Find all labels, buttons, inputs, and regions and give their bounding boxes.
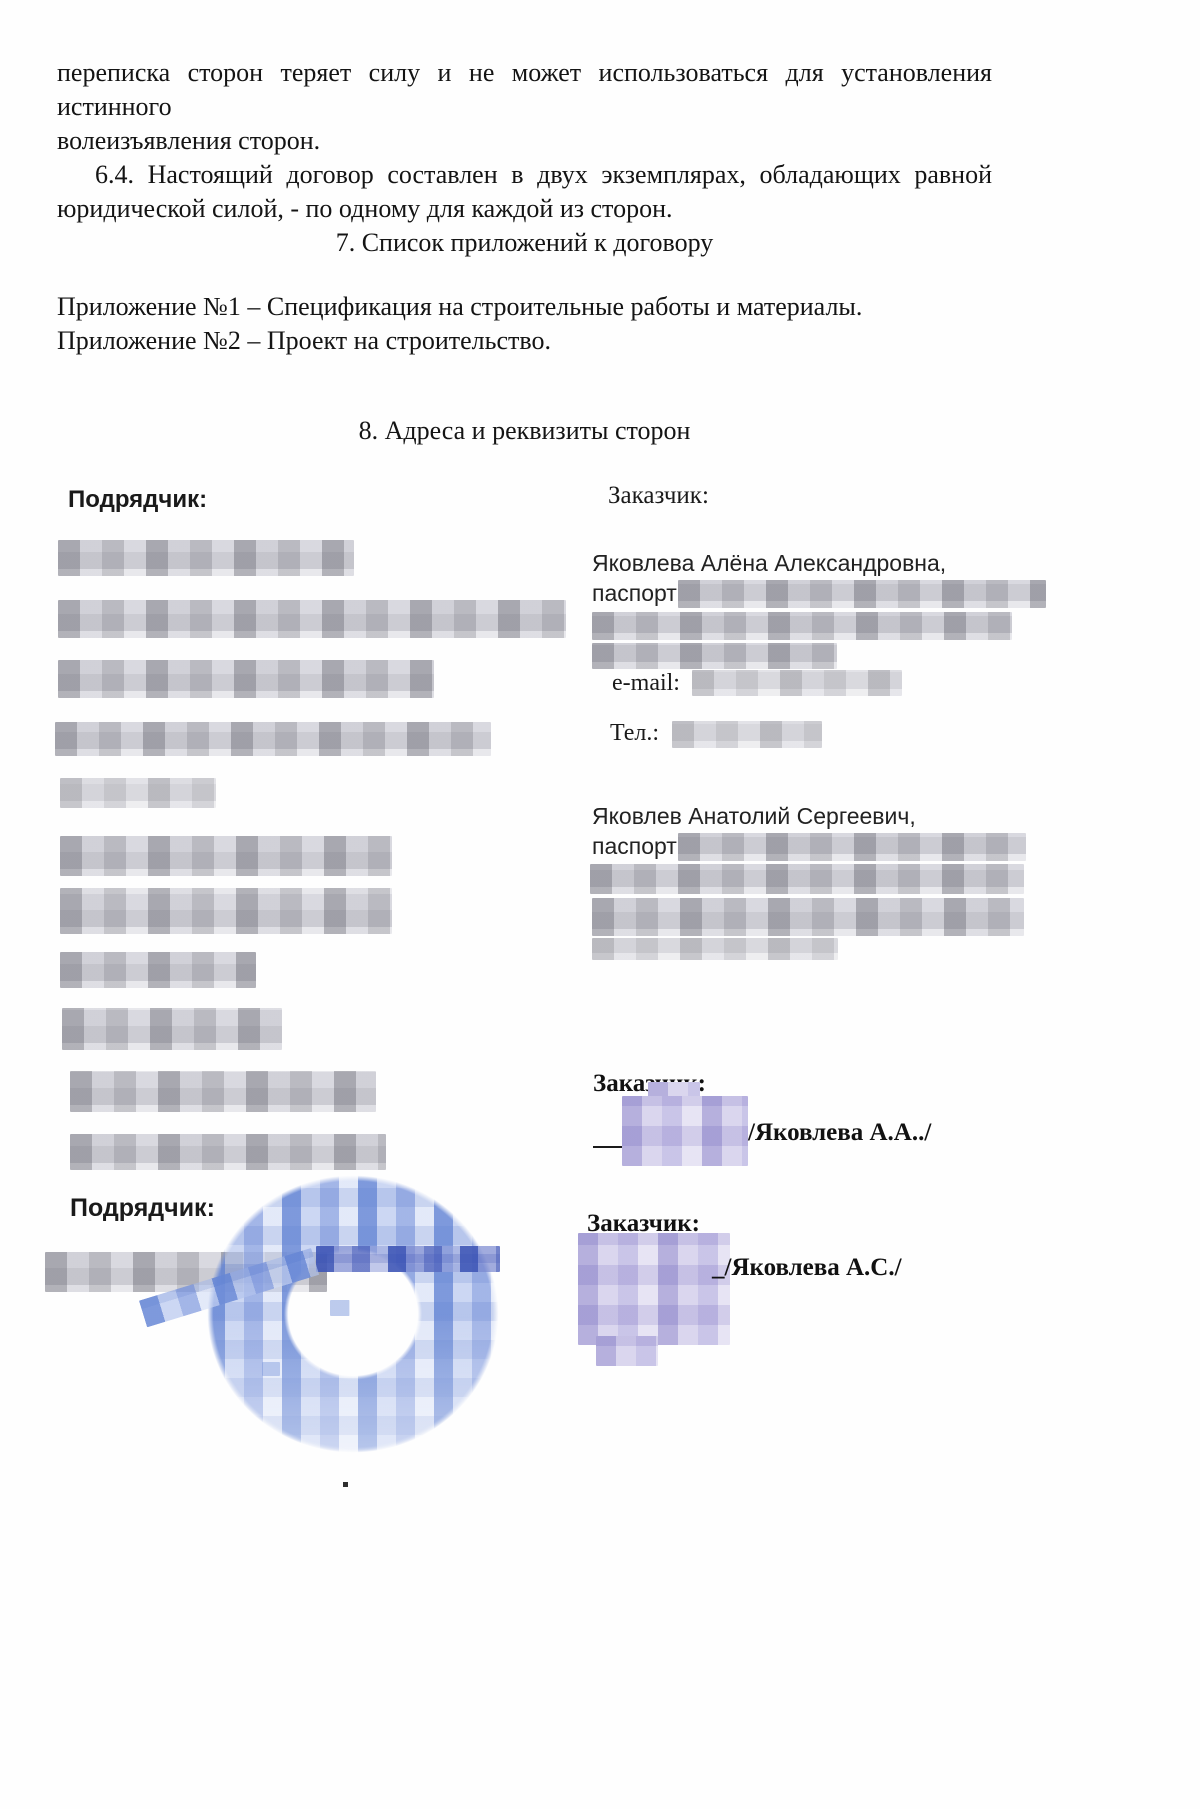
redacted-contractor-line (55, 722, 491, 756)
redacted-signature-2 (578, 1233, 730, 1345)
email-label: e-mail: (612, 670, 680, 697)
redacted-contractor-line (70, 1134, 386, 1170)
redacted-phone (672, 721, 822, 748)
redacted-signature-2 (596, 1336, 658, 1366)
customer2-name: Яковлев Анатолий Сергеевич, (592, 803, 916, 830)
document-page: переписка сторон теряет силу и не может … (0, 0, 1200, 1809)
redacted-email (692, 670, 902, 696)
redacted-contractor-line (58, 600, 566, 638)
redacted-contractor-line (60, 836, 392, 876)
contractor-signature-heading: Подрядчик: (70, 1194, 215, 1223)
customer2-passport-label: паспорт (592, 833, 677, 860)
body-line: юридической силой, - по одному для каждо… (57, 192, 992, 226)
appendix-item: Приложение №1 – Спецификация на строител… (57, 290, 992, 324)
body-line: волеизъявления сторон. (57, 124, 992, 158)
redacted-passport-1 (678, 580, 1046, 608)
appendix-list: Приложение №1 – Спецификация на строител… (57, 290, 992, 358)
customer-signature1-name: /Яковлева А.А../ (748, 1119, 931, 1147)
customer-signature2-name: _/Яковлева А.С./ (712, 1254, 902, 1282)
stamp-signature-stroke (316, 1246, 500, 1272)
customer1-passport-label: паспорт (592, 580, 677, 607)
stamp-inner-pixel (330, 1300, 350, 1316)
redacted-contractor-line (70, 1071, 376, 1112)
stamp-fade-overlay (206, 1174, 500, 1454)
section-7-heading: 7. Список приложений к договору (57, 228, 992, 258)
stray-dot (343, 1482, 348, 1487)
redacted-passport-2 (592, 938, 838, 960)
section-8-heading: 8. Адреса и реквизиты сторон (57, 416, 992, 446)
redacted-contractor-line (58, 540, 354, 576)
customer1-name: Яковлева Алёна Александровна, (592, 550, 946, 577)
customer-heading: Заказчик: (608, 482, 709, 510)
appendix-item: Приложение №2 – Проект на строительство. (57, 324, 992, 358)
stamp-inner-pixel (262, 1362, 280, 1376)
contractor-heading: Подрядчик: (68, 486, 207, 514)
redacted-contractor-line (60, 952, 256, 988)
redacted-passport-2 (592, 898, 1024, 936)
redacted-passport-1 (592, 612, 1012, 640)
body-line: 6.4. Настоящий договор составлен в двух … (57, 158, 992, 192)
redacted-passport-2 (678, 833, 1026, 861)
redacted-contractor-line (60, 778, 216, 808)
redacted-contractor-line (62, 1008, 282, 1050)
redacted-contractor-line (58, 660, 434, 698)
body-line: переписка сторон теряет силу и не может … (57, 56, 992, 124)
body-paragraph: переписка сторон теряет силу и не может … (57, 56, 992, 226)
redacted-passport-1 (592, 643, 837, 669)
redacted-signature-1 (622, 1096, 748, 1166)
redacted-passport-2 (590, 864, 1024, 894)
redacted-contractor-line (60, 888, 392, 934)
phone-label: Тел.: (610, 720, 659, 747)
